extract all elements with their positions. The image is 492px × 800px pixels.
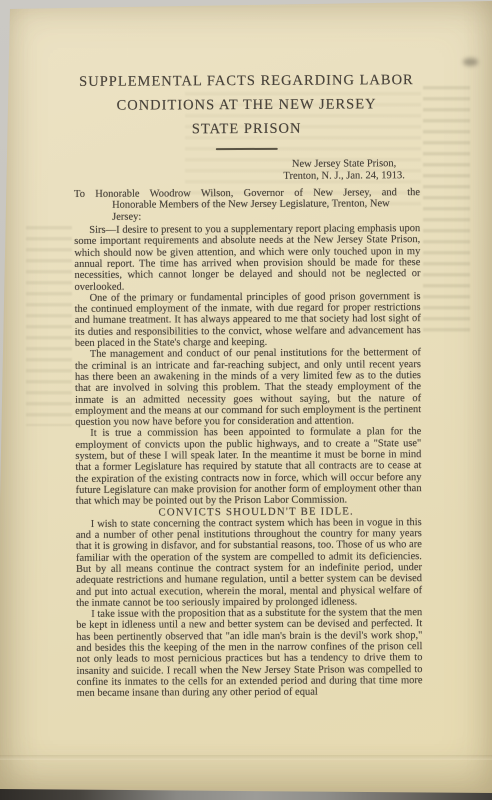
- ink-bleedthrough-right: [423, 86, 470, 336]
- salutation: To Honorable Woodrow Wilson, Governor of…: [74, 187, 420, 223]
- paragraph-4: It is true a commission has been appoint…: [75, 427, 421, 508]
- title-line-1: SUPPLEMENTAL FACTS REGARDING LABOR: [73, 68, 419, 94]
- scanned-document-screenshot: SUPPLEMENTAL FACTS REGARDING LABOR CONDI…: [0, 0, 492, 800]
- paragraph-6: I take issue with the proposition that a…: [76, 607, 422, 699]
- paragraph-3: The management and conduct of our penal …: [75, 347, 421, 428]
- body-text: Sirs—I desire to present to you a supple…: [74, 223, 422, 699]
- dateline-date: Trenton, N. J., Jan. 24, 1913.: [283, 170, 405, 182]
- ink-bleedthrough-left: [26, 226, 72, 426]
- salutation-line-2: Honorable Members of the New Jersey Legi…: [74, 199, 420, 212]
- document-content: SUPPLEMENTAL FACTS REGARDING LABOR CONDI…: [73, 0, 423, 699]
- title-line-3: STATE PRISON: [74, 116, 420, 142]
- paragraph-5: I wish to state concerning the contract …: [76, 517, 422, 609]
- paragraph-1: Sirs—I desire to present to you a supple…: [74, 223, 420, 293]
- title-divider-rule: [216, 148, 278, 150]
- paper-crease: [0, 755, 492, 760]
- salutation-line-3: Jersey:: [74, 210, 420, 223]
- ink-smudge: [463, 58, 478, 66]
- document-page: SUPPLEMENTAL FACTS REGARDING LABOR CONDI…: [0, 0, 492, 794]
- paragraph-2: One of the primary or fundamental princi…: [75, 291, 421, 349]
- document-title: SUPPLEMENTAL FACTS REGARDING LABOR CONDI…: [73, 68, 419, 142]
- dateline: New Jersey State Prison, Trenton, N. J.,…: [283, 158, 405, 182]
- title-line-2: CONDITIONS AT THE NEW JERSEY: [73, 92, 419, 118]
- dateline-place: New Jersey State Prison,: [283, 158, 405, 170]
